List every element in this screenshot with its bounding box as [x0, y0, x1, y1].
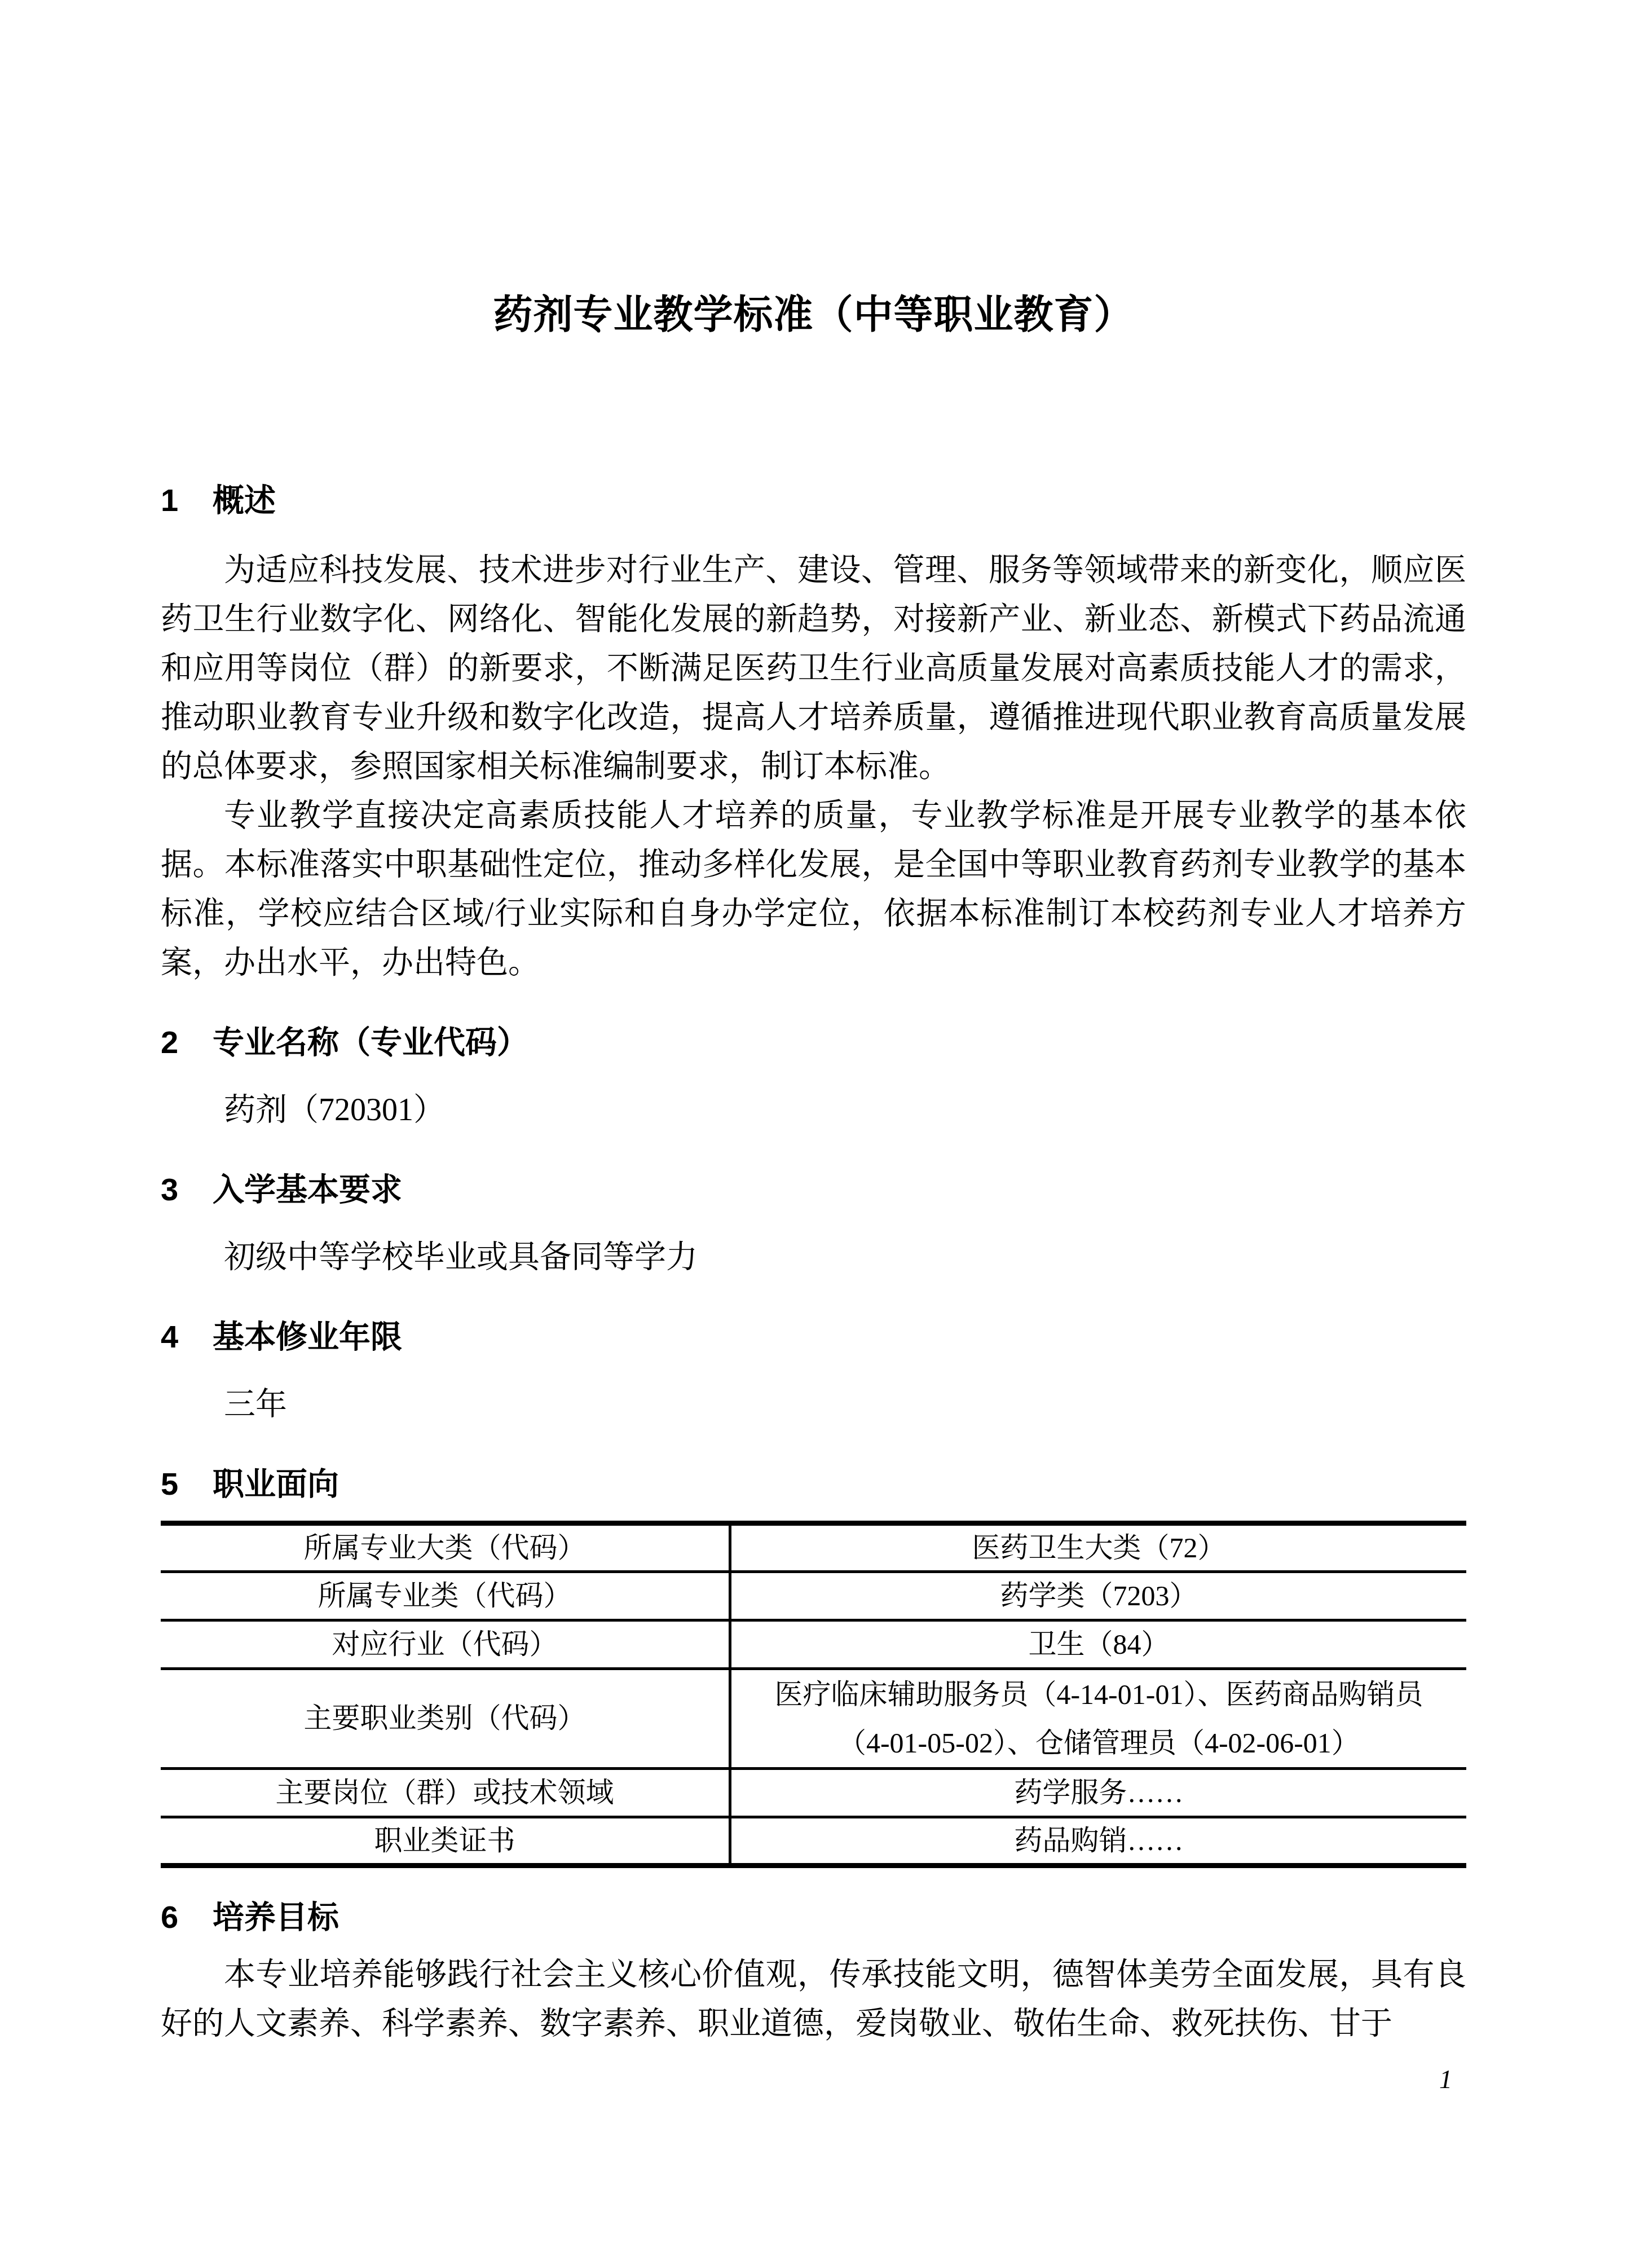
section-1-heading: 1概述 — [161, 479, 1466, 521]
overview-paragraph-2: 专业教学直接决定高素质技能人才培养的质量，专业教学标准是开展专业教学的基本依据。… — [161, 791, 1466, 988]
row-label: 所属专业类（代码） — [161, 1572, 730, 1620]
table-row-major-category: 所属专业大类（代码） 医药卫生大类（72） — [161, 1523, 1466, 1572]
table-row-certificates: 职业类证书 药品购销…… — [161, 1817, 1466, 1866]
row-label: 主要岗位（群）或技术领域 — [161, 1769, 730, 1817]
row-value: 药品购销…… — [730, 1817, 1466, 1866]
row-value-line: 卫生（84） — [743, 1626, 1455, 1664]
page-number: 1 — [1439, 2066, 1452, 2094]
section-4-number: 4 — [161, 1316, 213, 1358]
row-label: 职业类证书 — [161, 1817, 730, 1866]
section-2-title: 专业名称（专业代码） — [213, 1024, 528, 1060]
row-label: 所属专业大类（代码） — [161, 1523, 730, 1572]
row-value: 医疗临床辅助服务员（4-14-01-01）、医药商品购销员 （4-01-05-0… — [730, 1669, 1466, 1769]
section-study-duration: 4基本修业年限 三年 — [161, 1316, 1466, 1429]
row-label: 对应行业（代码） — [161, 1620, 730, 1669]
section-6-number: 6 — [161, 1896, 213, 1938]
row-value-line: 药学类（7203） — [743, 1577, 1455, 1615]
major-name-value: 药剂（720301） — [161, 1086, 1466, 1135]
table-row-category: 所属专业类（代码） 药学类（7203） — [161, 1572, 1466, 1620]
row-value-line: 医疗临床辅助服务员（4-14-01-01）、医药商品购销员 — [743, 1670, 1455, 1719]
section-5-number: 5 — [161, 1463, 213, 1505]
section-2-heading: 2专业名称（专业代码） — [161, 1021, 1466, 1063]
section-major-name: 2专业名称（专业代码） 药剂（720301） — [161, 1021, 1466, 1135]
page-content: 药剂专业教学标准（中等职业教育） 1概述 为适应科技发展、技术进步对行业生产、建… — [0, 0, 1627, 2049]
section-5-title: 职业面向 — [213, 1466, 339, 1501]
career-orientation-table: 所属专业大类（代码） 医药卫生大类（72） 所属专业类（代码） 药学类（7203… — [161, 1521, 1466, 1868]
row-value-line: 药学服务…… — [743, 1774, 1455, 1812]
section-3-heading: 3入学基本要求 — [161, 1169, 1466, 1210]
row-value: 药学类（7203） — [730, 1572, 1466, 1620]
section-6-title: 培养目标 — [213, 1899, 339, 1935]
row-label: 主要职业类别（代码） — [161, 1669, 730, 1769]
section-training-objectives: 6培养目标 本专业培养能够践行社会主义核心价值观，传承技能文明，德智体美劳全面发… — [161, 1896, 1466, 2049]
row-value-line: （4-01-05-02）、仓储管理员（4-02-06-01） — [743, 1719, 1455, 1767]
training-objectives-paragraph: 本专业培养能够践行社会主义核心价值观，传承技能文明，德智体美劳全面发展，具有良好… — [161, 1950, 1466, 2049]
row-value: 医药卫生大类（72） — [730, 1523, 1466, 1572]
section-4-title: 基本修业年限 — [213, 1319, 402, 1354]
section-career-orientation: 5职业面向 所属专业大类（代码） 医药卫生大类（72） 所属专业类（代码） 药学… — [161, 1463, 1466, 1868]
entry-requirement-value: 初级中等学校毕业或具备同等学力 — [161, 1233, 1466, 1282]
table-row-main-posts: 主要岗位（群）或技术领域 药学服务…… — [161, 1769, 1466, 1817]
doc-title: 药剂专业教学标准（中等职业教育） — [161, 290, 1466, 341]
section-overview: 1概述 为适应科技发展、技术进步对行业生产、建设、管理、服务等领域带来的新变化，… — [161, 479, 1466, 988]
section-5-heading: 5职业面向 — [161, 1463, 1466, 1505]
document-page: 药剂专业教学标准（中等职业教育） 1概述 为适应科技发展、技术进步对行业生产、建… — [0, 0, 1627, 2268]
table-row-occupation-category: 主要职业类别（代码） 医疗临床辅助服务员（4-14-01-01）、医药商品购销员… — [161, 1669, 1466, 1769]
row-value: 药学服务…… — [730, 1769, 1466, 1817]
section-6-heading: 6培养目标 — [161, 1896, 1466, 1938]
study-duration-value: 三年 — [161, 1380, 1466, 1429]
section-1-title: 概述 — [213, 482, 276, 518]
row-value-line: 医药卫生大类（72） — [743, 1529, 1455, 1567]
section-3-number: 3 — [161, 1169, 213, 1210]
section-entry-requirement: 3入学基本要求 初级中等学校毕业或具备同等学力 — [161, 1169, 1466, 1282]
section-4-heading: 4基本修业年限 — [161, 1316, 1466, 1358]
section-3-title: 入学基本要求 — [213, 1172, 402, 1207]
table-row-industry: 对应行业（代码） 卫生（84） — [161, 1620, 1466, 1669]
section-1-number: 1 — [161, 479, 213, 521]
row-value-line: 药品购销…… — [743, 1822, 1455, 1860]
section-2-number: 2 — [161, 1021, 213, 1063]
overview-paragraph-1: 为适应科技发展、技术进步对行业生产、建设、管理、服务等领域带来的新变化，顺应医药… — [161, 546, 1466, 791]
row-value: 卫生（84） — [730, 1620, 1466, 1669]
